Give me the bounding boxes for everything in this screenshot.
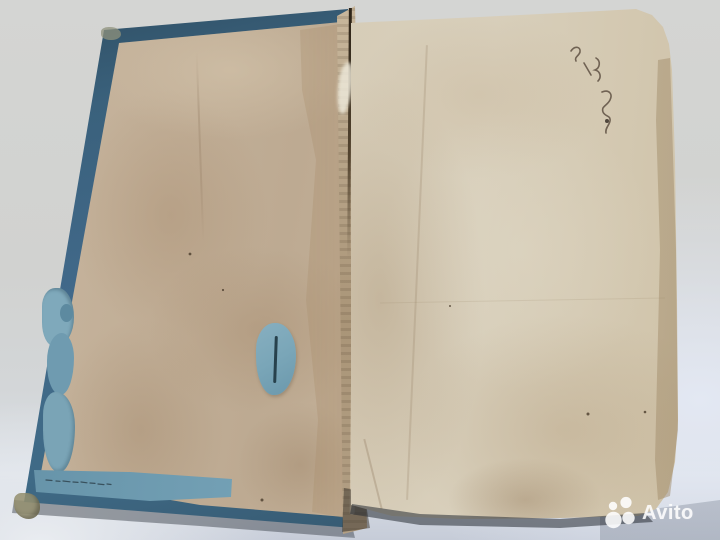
avito-watermark-text: Avito	[642, 502, 694, 525]
torn-blue-patch	[60, 304, 73, 322]
photo-open-book: Avito	[0, 0, 720, 540]
avito-logo-icon	[604, 495, 638, 531]
avito-watermark: Avito	[604, 495, 694, 531]
cover-worn-corner-bottom	[14, 493, 40, 519]
cover-worn-corner-top	[101, 27, 121, 40]
